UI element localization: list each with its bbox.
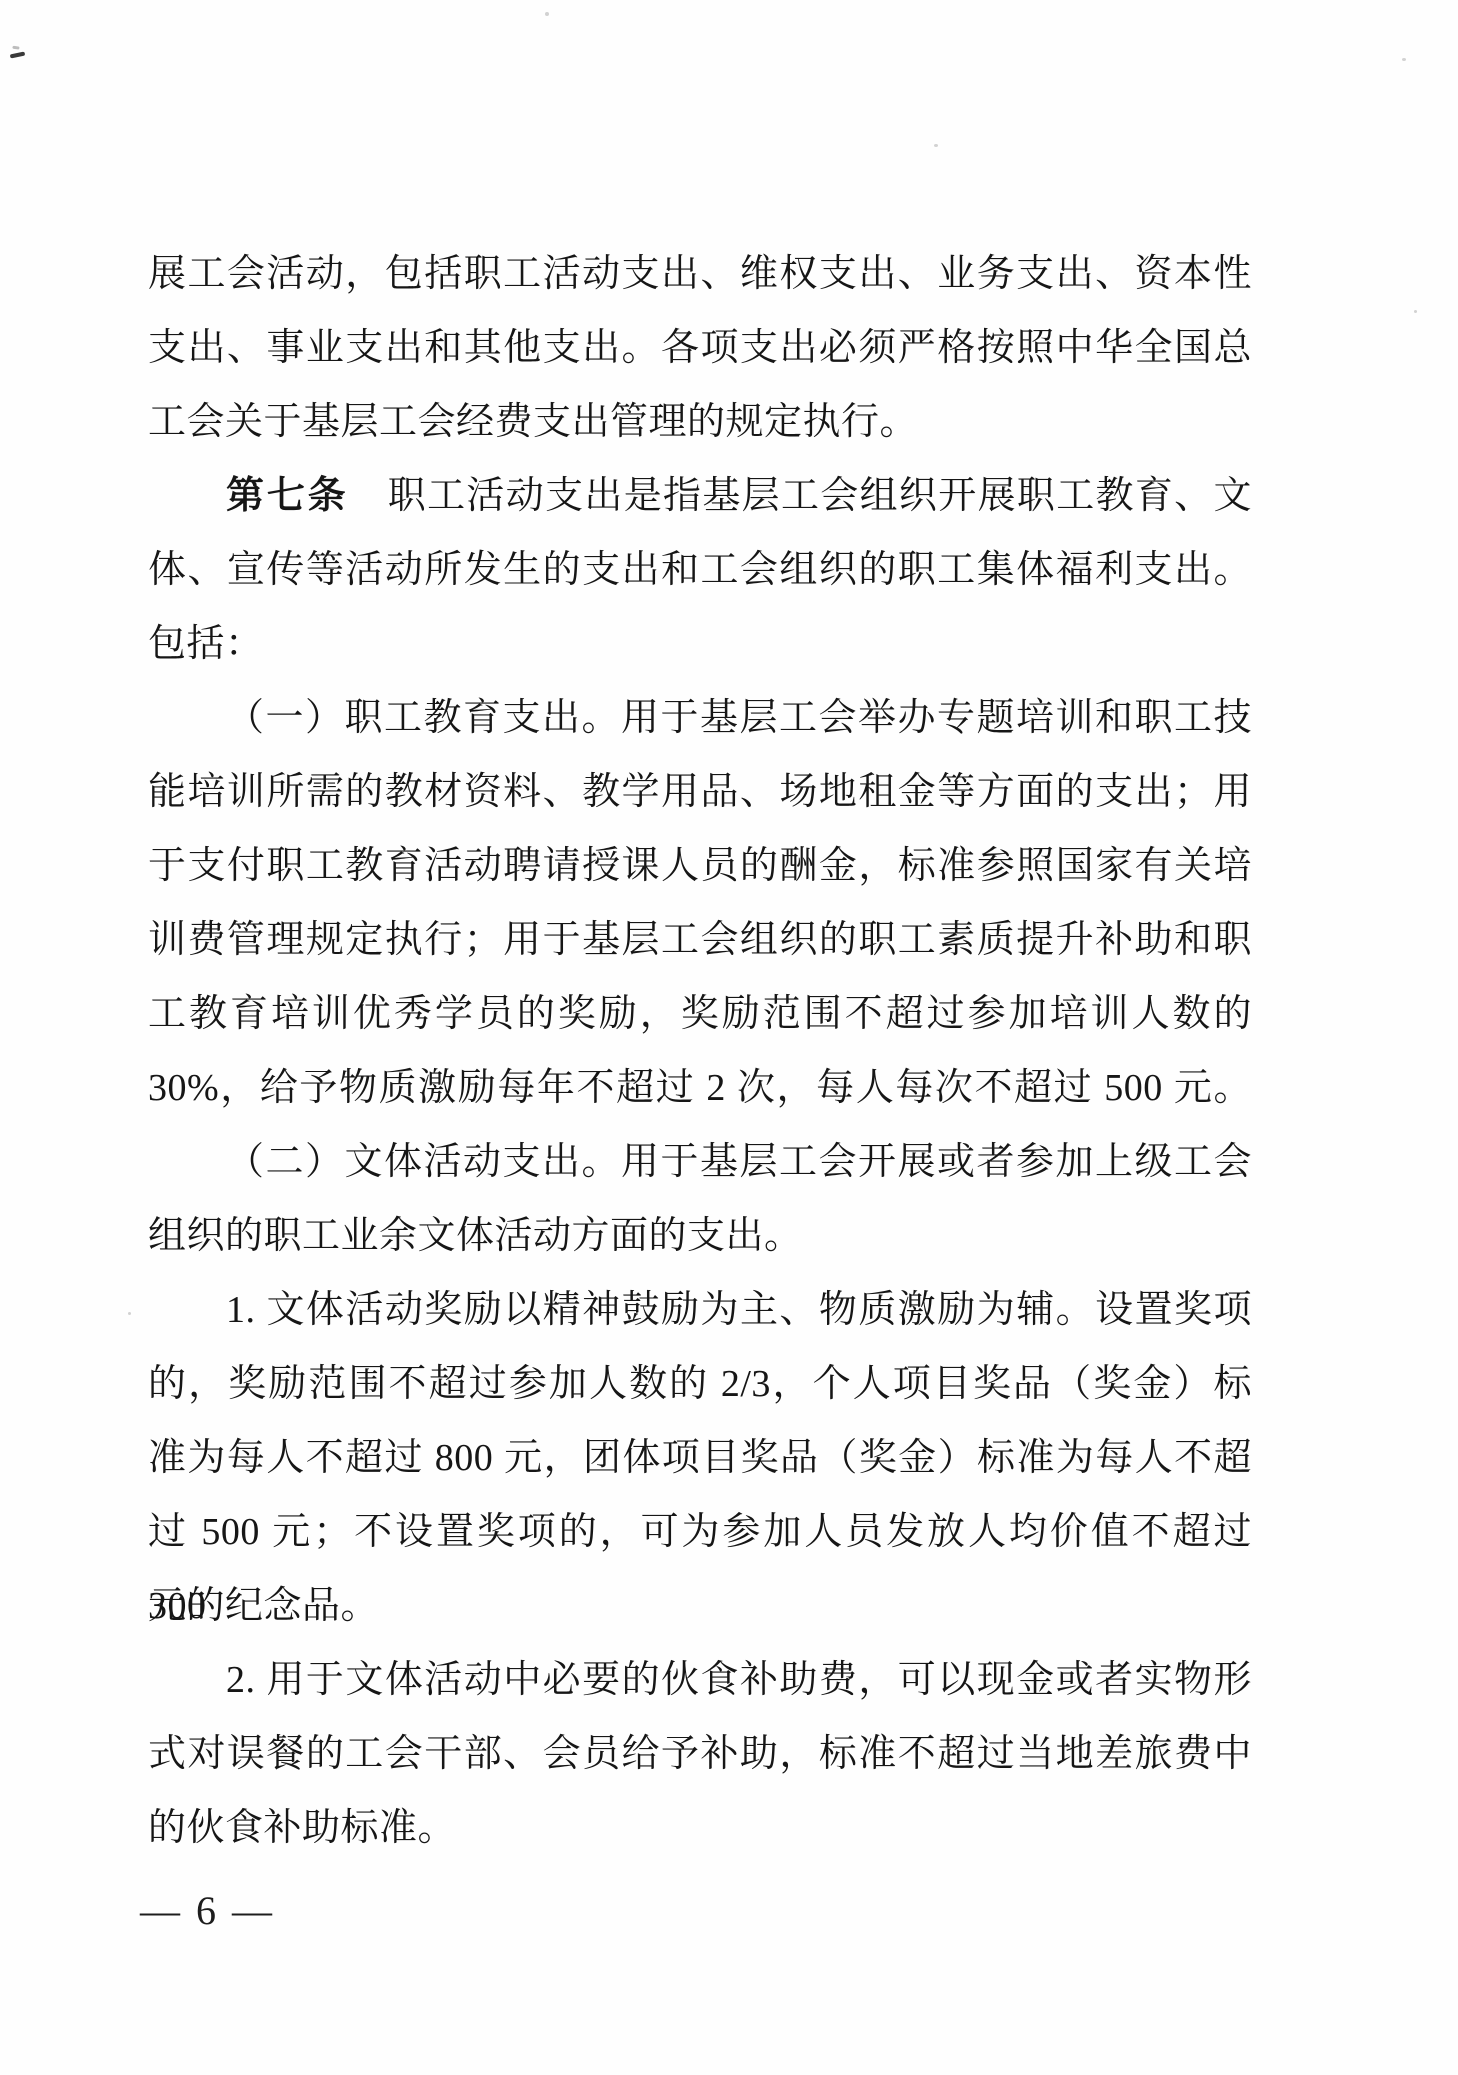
text-line: 支出、事业支出和其他支出。各项支出必须严格按照中华全国总 (148, 311, 1252, 385)
text-segment: （二）文体活动支出。用于基层工会开展或者参加上级工会 (226, 1141, 1252, 1183)
text-line: 工教育培训优秀学员的奖励，奖励范围不超过参加培训人数的 (148, 977, 1252, 1051)
text-segment: 的伙食补助标准。 (148, 1807, 456, 1849)
scan-noise-speck (934, 144, 938, 147)
text-line: 的伙食补助标准。 (148, 1791, 1252, 1865)
text-line: 式对误餐的工会干部、会员给予补助，标准不超过当地差旅费中 (148, 1717, 1252, 1791)
text-segment: 工教育培训优秀学员的奖励，奖励范围不超过参加培训人数的 (148, 993, 1252, 1035)
text-line: （二）文体活动支出。用于基层工会开展或者参加上级工会 (148, 1125, 1252, 1199)
scan-noise-speck (1402, 58, 1406, 61)
page-number: — 6 — (140, 1888, 275, 1934)
text-block: 展工会活动，包括职工活动支出、维权支出、业务支出、资本性支出、事业支出和其他支出… (148, 237, 1252, 1865)
text-line: 组织的职工业余文体活动方面的支出。 (148, 1199, 1252, 1273)
text-segment: 职工活动支出是指基层工会组织开展职工教育、文 (348, 475, 1252, 517)
text-segment: 的，奖励范围不超过参加人数的 2/3，个人项目奖品（奖金）标 (148, 1363, 1252, 1405)
scan-noise-speck (128, 1312, 131, 1315)
text-segment: 能培训所需的教材资料、教学用品、场地租金等方面的支出；用 (148, 771, 1252, 813)
text-segment: 30%，给予物质激励每年不超过 2 次，每人每次不超过 500 元。 (148, 1067, 1252, 1109)
text-line: 工会关于基层工会经费支出管理的规定执行。 (148, 385, 1252, 459)
text-line: 2. 用于文体活动中必要的伙食补助费，可以现金或者实物形 (148, 1643, 1252, 1717)
scan-smudge-mark (10, 51, 26, 58)
text-line: 于支付职工教育活动聘请授课人员的酬金，标准参照国家有关培 (148, 829, 1252, 903)
text-line: 体、宣传等活动所发生的支出和工会组织的职工集体福利支出。 (148, 533, 1252, 607)
text-line: 元的纪念品。 (148, 1569, 1252, 1643)
text-segment: 工会关于基层工会经费支出管理的规定执行。 (148, 401, 918, 443)
text-segment: 支出、事业支出和其他支出。各项支出必须严格按照中华全国总 (148, 327, 1252, 369)
text-segment: 于支付职工教育活动聘请授课人员的酬金，标准参照国家有关培 (148, 845, 1252, 887)
text-segment: 包括： (148, 623, 264, 665)
text-segment: 展工会活动，包括职工活动支出、维权支出、业务支出、资本性 (148, 253, 1252, 295)
text-segment: 准为每人不超过 800 元，团体项目奖品（奖金）标准为每人不超 (148, 1437, 1252, 1479)
text-line: 包括： (148, 607, 1252, 681)
text-line: 1. 文体活动奖励以精神鼓励为主、物质激励为辅。设置奖项 (148, 1273, 1252, 1347)
text-line: 准为每人不超过 800 元，团体项目奖品（奖金）标准为每人不超 (148, 1421, 1252, 1495)
text-segment: 元的纪念品。 (148, 1585, 379, 1627)
document-page: 展工会活动，包括职工活动支出、维权支出、业务支出、资本性支出、事业支出和其他支出… (0, 0, 1458, 2075)
scan-noise-speck (1414, 310, 1417, 313)
article-number: 第七条 (226, 475, 348, 517)
text-line: 能培训所需的教材资料、教学用品、场地租金等方面的支出；用 (148, 755, 1252, 829)
text-line: 过 500 元；不设置奖项的，可为参加人员发放人均价值不超过 300 (148, 1495, 1252, 1569)
text-segment: 训费管理规定执行；用于基层工会组织的职工素质提升补助和职 (148, 919, 1252, 961)
text-segment: 体、宣传等活动所发生的支出和工会组织的职工集体福利支出。 (148, 549, 1252, 591)
text-line: 30%，给予物质激励每年不超过 2 次，每人每次不超过 500 元。 (148, 1051, 1252, 1125)
text-line: （一）职工教育支出。用于基层工会举办专题培训和职工技 (148, 681, 1252, 755)
text-segment: 组织的职工业余文体活动方面的支出。 (148, 1215, 803, 1257)
text-segment: 2. 用于文体活动中必要的伙食补助费，可以现金或者实物形 (226, 1659, 1252, 1701)
scan-noise-speck (545, 12, 549, 16)
text-line: 第七条 职工活动支出是指基层工会组织开展职工教育、文 (148, 459, 1252, 533)
text-line: 展工会活动，包括职工活动支出、维权支出、业务支出、资本性 (148, 237, 1252, 311)
text-segment: 式对误餐的工会干部、会员给予补助，标准不超过当地差旅费中 (148, 1733, 1252, 1775)
text-segment: （一）职工教育支出。用于基层工会举办专题培训和职工技 (226, 697, 1252, 739)
text-line: 训费管理规定执行；用于基层工会组织的职工素质提升补助和职 (148, 903, 1252, 977)
text-line: 的，奖励范围不超过参加人数的 2/3，个人项目奖品（奖金）标 (148, 1347, 1252, 1421)
text-segment: 1. 文体活动奖励以精神鼓励为主、物质激励为辅。设置奖项 (226, 1289, 1252, 1331)
